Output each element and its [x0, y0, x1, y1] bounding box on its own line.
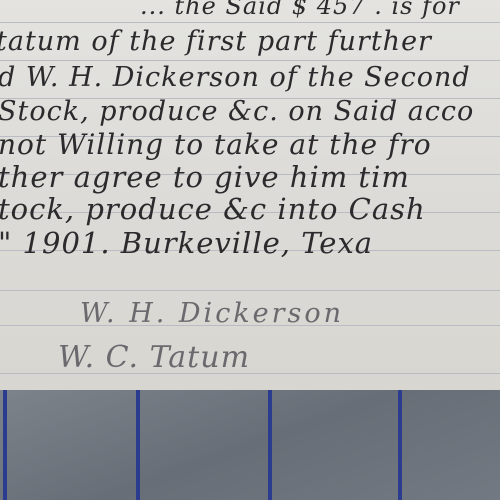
cutting-mat-background	[0, 390, 500, 500]
mat-grid-line	[136, 390, 140, 500]
mat-grid-line	[398, 390, 402, 500]
text-line-5: not Willing to take at the fro	[0, 128, 432, 161]
text-line-7: tock, produce &c into Cash	[0, 192, 426, 226]
ruled-line	[0, 60, 500, 61]
text-line-8-date-place: " 1901. Burkeville, Texa	[0, 226, 373, 260]
text-line-3: d W. H. Dickerson of the Second	[0, 62, 471, 93]
signature-tatum: W. C. Tatum	[58, 340, 250, 375]
text-line-2: tatum of the first part further	[0, 26, 432, 57]
text-line-4: Stock, produce &c. on Said acco	[0, 96, 474, 127]
ruled-line	[0, 290, 500, 291]
mat-grid-line	[3, 390, 7, 500]
text-line-6: ther agree to give him tim	[0, 160, 410, 194]
text-line-1: ... the Said $ 457 . is for	[140, 0, 460, 20]
mat-grid-line	[268, 390, 272, 500]
ruled-line	[0, 22, 500, 23]
signature-dickerson: W. H. Dickerson	[80, 298, 344, 329]
handwritten-document-page: ... the Said $ 457 . is for tatum of the…	[0, 0, 500, 390]
